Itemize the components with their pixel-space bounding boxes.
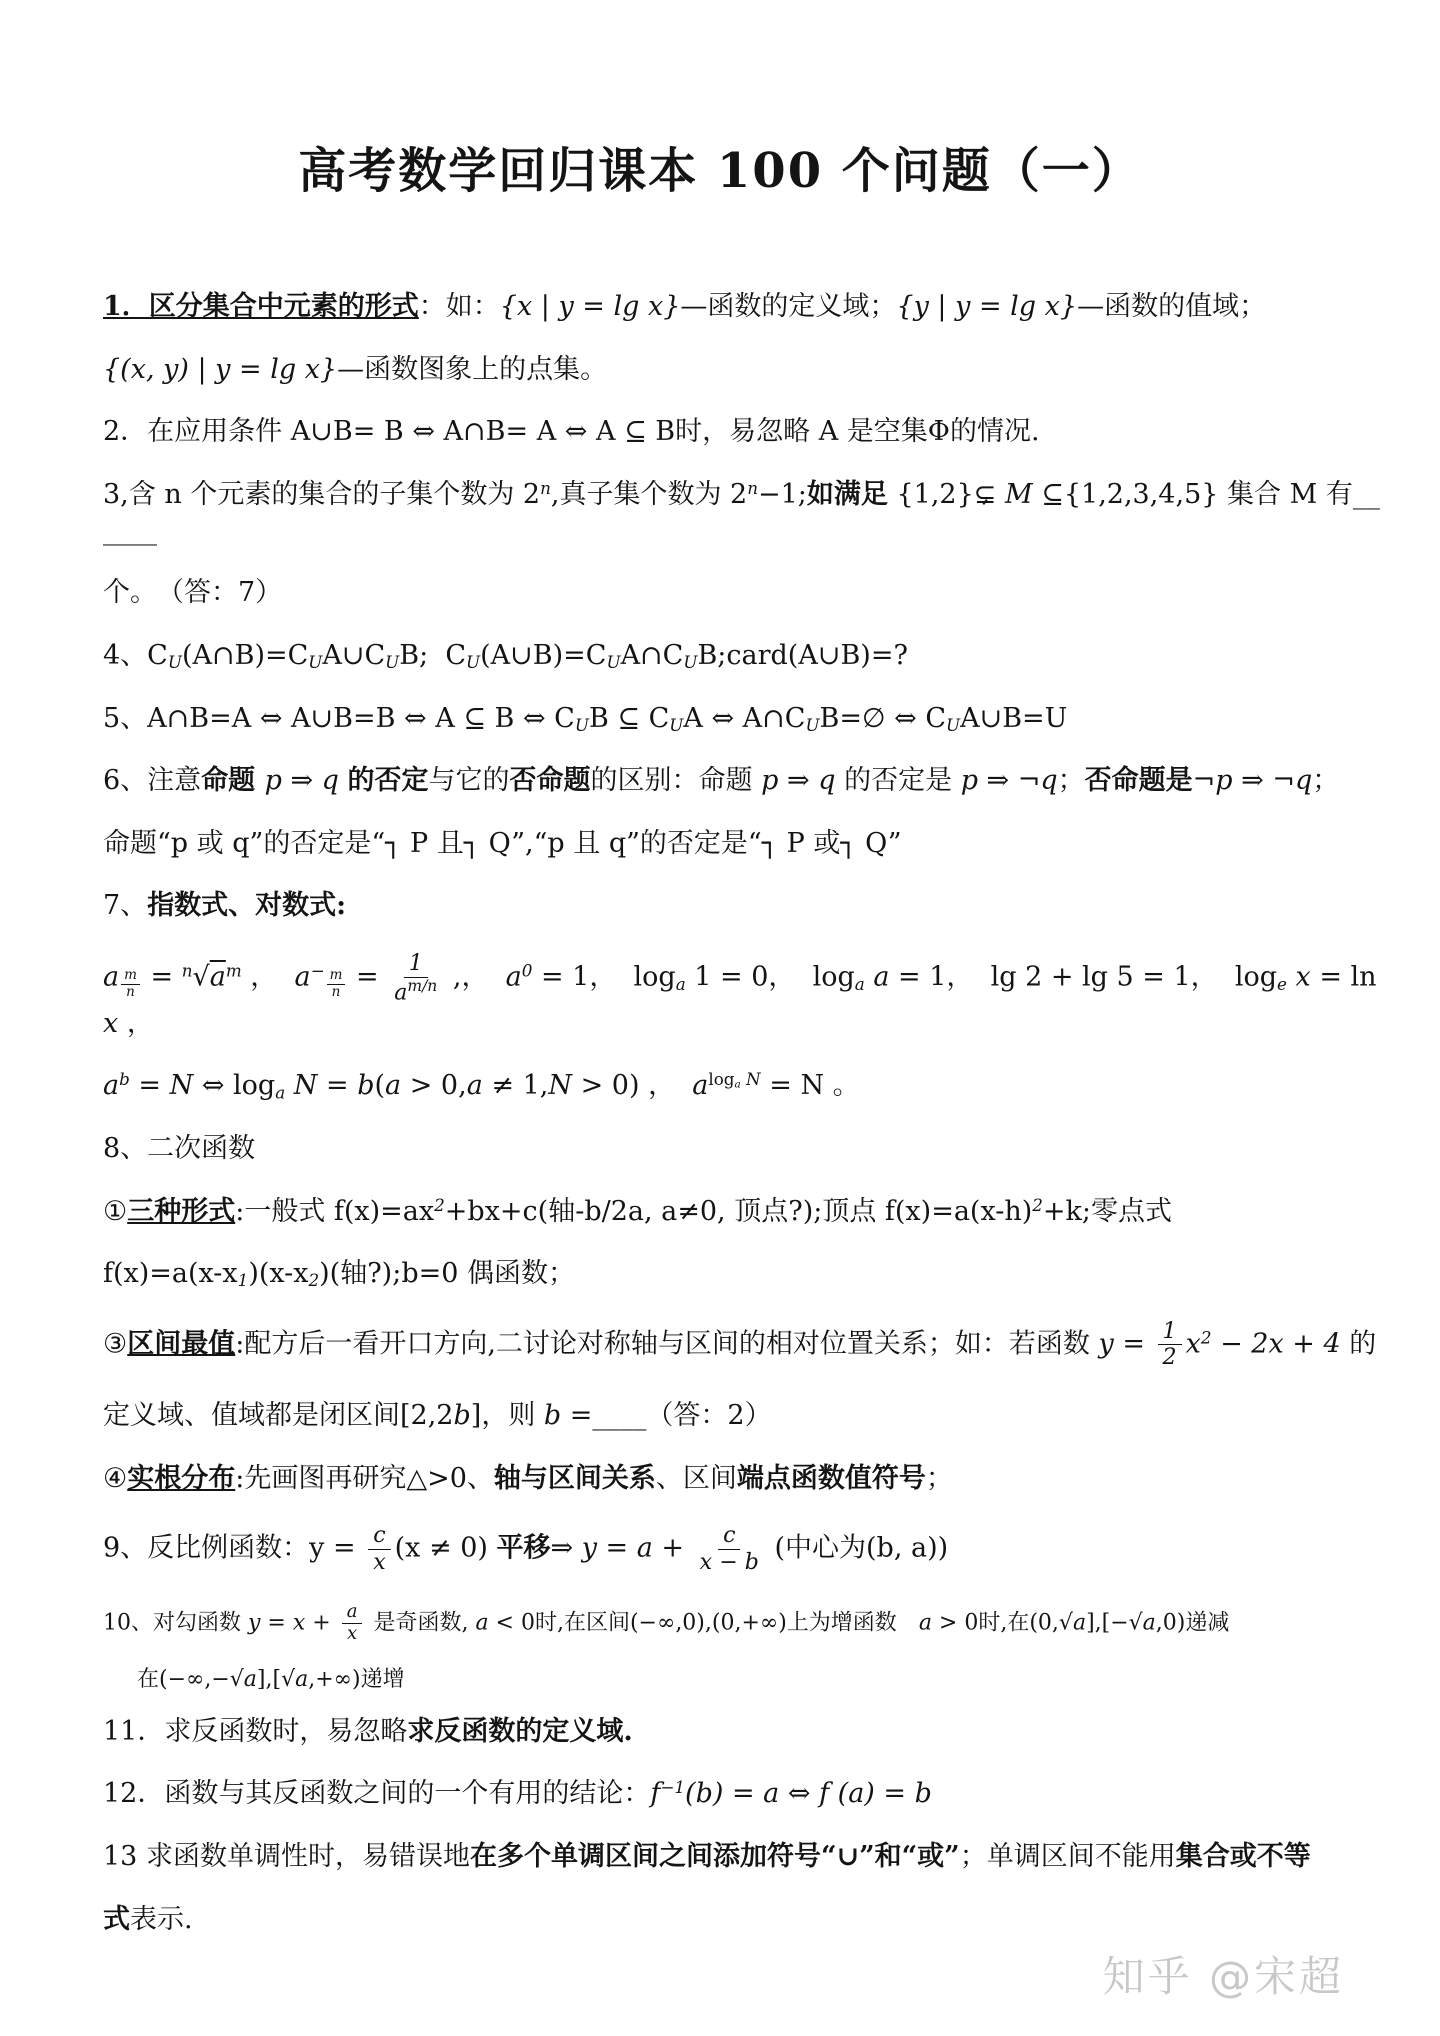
text-segment: {(x, y) | y = lg x} xyxy=(103,354,337,385)
text-segment: U xyxy=(385,652,399,672)
text-segment: 在多个单调区间之间添加符号“∪”和“或” xyxy=(470,1841,960,1872)
text-segment: 集合或不等 xyxy=(1176,1841,1311,1872)
text-segment: > 0, xyxy=(401,1070,467,1101)
text-segment: +bx+c(轴-b/2a, a≠0, 顶点?);顶点 f(x)=a(x-h) xyxy=(445,1196,1032,1227)
text-segment: 定义域、值域都是闭区间[2,2 xyxy=(103,1400,453,1431)
text-segment: n xyxy=(540,478,551,498)
text-segment: —函数的定义域； xyxy=(680,291,896,322)
text-segment: ],[ xyxy=(257,1667,281,1692)
fraction: cx − b xyxy=(697,1523,762,1575)
text-segment: :一般式 f(x)=ax xyxy=(235,1196,434,1227)
text-segment: (A∩B)=C xyxy=(182,640,308,671)
document-line: amn = n√am ， a−mn = 1am/n ,， a0 = 1， log… xyxy=(103,951,1382,1041)
text-segment: b xyxy=(453,1400,470,1431)
text-segment: b xyxy=(544,1400,561,1431)
text-segment: a xyxy=(855,974,865,994)
text-segment: 与它的 xyxy=(429,765,510,796)
document-line: 个。 （答：7） xyxy=(103,575,1382,611)
text-segment: x xyxy=(1287,962,1311,993)
text-segment: x xyxy=(103,1008,118,1039)
text-segment: < 0时,在区间(−∞,0),(0,+∞)上为增函数 xyxy=(489,1610,919,1635)
text-segment: 6、注意 xyxy=(103,765,201,796)
text-segment: +k;零点式 xyxy=(1043,1196,1172,1227)
text-segment: U xyxy=(669,715,683,735)
text-segment: y = x + xyxy=(248,1610,338,1635)
text-segment: ],[− xyxy=(1086,1610,1129,1635)
text-segment: a xyxy=(467,1070,483,1101)
text-segment: a xyxy=(506,962,522,993)
document-line: 在(−∞,−√a],[√a,+∞)递增 xyxy=(103,1665,1382,1694)
text-segment: M xyxy=(1005,479,1033,510)
watermark: 知乎 @宋超 xyxy=(1103,1944,1344,2004)
text-segment: ， xyxy=(242,962,295,993)
document-line: ④实根分布:先画图再研究△>0、轴与区间关系、区间端点函数值符号； xyxy=(103,1461,1382,1497)
text-segment: )(x-x xyxy=(248,1258,308,1289)
document-body: 1．区分集合中元素的形式：如：{x | y = lg x}—函数的定义域；{y … xyxy=(0,289,1440,1937)
text-segment: a xyxy=(103,962,119,993)
document-line: {(x, y) | y = lg x}—函数图象上的点集。 xyxy=(103,352,1382,388)
document-line: 9、反比例函数：y = cx(x ≠ 0) 平移⇒ y = a + cx − b… xyxy=(103,1523,1382,1575)
text-segment: a xyxy=(692,1070,708,1101)
text-segment: a xyxy=(294,962,310,993)
text-segment: f xyxy=(650,1778,660,1809)
text-segment: —函数图象上的点集。 xyxy=(337,354,607,385)
text-segment: U xyxy=(606,652,620,672)
document-line: 7、指数式、对数式: xyxy=(103,888,1382,924)
text-segment: ≠ 1, xyxy=(483,1070,549,1101)
text-segment: ⇒ xyxy=(550,1533,581,1564)
text-segment: ( xyxy=(374,1070,385,1101)
document-line: 6、注意命题 p ⇒ q 的否定与它的否命题的区别：命题 p ⇒ q 的否定是 … xyxy=(103,763,1382,799)
text-segment: 4、C xyxy=(103,640,168,671)
text-segment: 13 求函数单调性时，易错误地 xyxy=(103,1841,470,1872)
fraction: ax xyxy=(342,1602,363,1645)
text-segment: U xyxy=(575,715,589,735)
text-segment: 的 xyxy=(1341,1328,1377,1359)
text-segment: n xyxy=(182,961,193,981)
text-segment: f(x)=a(x-x xyxy=(103,1258,238,1289)
text-segment: 表示. xyxy=(130,1904,193,1935)
text-segment: 区间最值 xyxy=(127,1328,235,1359)
text-segment: √a xyxy=(230,1667,257,1692)
text-segment: U xyxy=(683,652,697,672)
text-segment: = N xyxy=(130,1070,193,1101)
text-segment: a xyxy=(275,1083,285,1103)
text-segment: 三种形式 xyxy=(127,1196,235,1227)
text-segment: ¬p ⇒ ¬q xyxy=(1193,765,1313,796)
document-line: 12．函数与其反函数之间的一个有用的结论：f−1(b) = a ⇔ f (a) … xyxy=(103,1776,1382,1812)
text-segment: ， xyxy=(118,1008,154,1039)
text-segment: a xyxy=(103,1070,119,1101)
text-segment: 否命题 xyxy=(510,765,591,796)
text-segment: 端点函数值符号 xyxy=(737,1463,926,1494)
text-segment: p ⇒ q xyxy=(265,765,348,796)
text-segment: 2．在应用条件 A∪B= B ⇔ A∩B= A ⇔ A ⊆ B时，易忽略 A 是… xyxy=(103,416,1040,447)
text-segment: √a xyxy=(1129,1610,1156,1635)
text-segment: ：如： xyxy=(419,291,500,322)
document-line: 10、对勾函数 y = x + ax 是奇函数, a < 0时,在区间(−∞,0… xyxy=(103,1602,1382,1645)
text-segment: U xyxy=(805,715,819,735)
text-segment: ； xyxy=(1312,765,1339,796)
text-segment: 7、 xyxy=(103,890,147,921)
document-line: 8、二次函数 xyxy=(103,1131,1382,1167)
text-segment: (中心为(b, a)) xyxy=(766,1533,948,1564)
text-segment: ,， xyxy=(444,962,505,993)
text-segment: x xyxy=(1186,1328,1201,1359)
text-segment: 3,含 n 个元素的集合的子集个数为 2 xyxy=(103,479,540,510)
text-segment: ① xyxy=(103,1196,127,1227)
text-segment: 如满足 xyxy=(807,479,888,510)
text-segment: 8、二次函数 xyxy=(103,1133,255,1164)
text-segment: y = xyxy=(1098,1328,1153,1359)
text-segment: n xyxy=(747,478,758,498)
text-segment: 在(−∞,− xyxy=(137,1667,230,1692)
superscript-group: loga N xyxy=(708,1069,760,1089)
document-line: 4、CU(A∩B)=CUA∪CUB; CU(A∪B)=CUA∩CUB;card(… xyxy=(103,638,1382,674)
text-segment: N xyxy=(741,1069,761,1089)
text-segment: B;card(A∪B)=? xyxy=(697,640,907,671)
document-line: 1．区分集合中元素的形式：如：{x | y = lg x}—函数的定义域；{y … xyxy=(103,289,1382,325)
text-segment: a xyxy=(210,962,226,993)
text-segment: 12．函数与其反函数之间的一个有用的结论： xyxy=(103,1778,650,1809)
text-segment: U xyxy=(466,652,480,672)
text-segment: p ⇒ ¬q xyxy=(961,765,1058,796)
text-segment: (x ≠ 0) xyxy=(395,1533,497,1564)
text-segment: √ xyxy=(193,962,210,993)
document-line: ab = N ⇔ loga N = b(a > 0,a ≠ 1,N > 0) ，… xyxy=(103,1068,1382,1104)
text-segment: 的否定是 xyxy=(844,765,961,796)
document-line: 3,含 n 个元素的集合的子集个数为 2n,真子集个数为 2n−1;如满足 {1… xyxy=(103,477,1382,548)
text-segment: B; C xyxy=(399,640,466,671)
text-segment: a xyxy=(865,962,890,993)
text-segment: 0 xyxy=(522,961,533,981)
document-line: 13 求函数单调性时，易错误地在多个单调区间之间添加符号“∪”和“或”；单调区间… xyxy=(103,1839,1382,1875)
text-segment: {x | y = lg x} xyxy=(500,291,681,322)
text-segment: U xyxy=(946,715,960,735)
text-segment: 2 xyxy=(1032,1195,1043,1215)
text-segment: − xyxy=(311,961,325,981)
text-segment: √a xyxy=(1059,1610,1086,1635)
text-segment: A ⇔ A∩C xyxy=(683,703,805,734)
document-line: 命题“p 或 q”的否定是“┐ P 且┐ Q”,“p 且 q”的否定是“┐ P … xyxy=(103,826,1382,862)
fraction: mn xyxy=(121,968,140,1000)
text-segment: ③ xyxy=(103,1328,127,1359)
text-segment: − 2x + 4 xyxy=(1212,1328,1341,1359)
text-segment: ⇔ xyxy=(779,1778,819,1809)
text-segment: 2 xyxy=(1201,1327,1212,1347)
text-segment: :配方后一看开口方向,二讨论对称轴与区间的相对位置关系；如：若函数 xyxy=(235,1328,1098,1359)
text-segment: ,+∞)递增 xyxy=(308,1667,404,1692)
text-segment: 的区别：命题 xyxy=(591,765,762,796)
text-segment: a xyxy=(676,974,686,994)
text-segment: 10、对勾函数 xyxy=(103,1610,248,1635)
text-segment: =____（答：2） xyxy=(561,1400,771,1431)
text-segment: 命题“p 或 q”的否定是“┐ P 且┐ Q”,“p 且 q”的否定是“┐ P … xyxy=(103,828,902,859)
text-segment: B ⊆ C xyxy=(589,703,669,734)
text-segment: (A∪B)=C xyxy=(480,640,606,671)
fraction: mn xyxy=(327,968,346,1000)
text-segment: 5、A∩B=A ⇔ A∪B=B ⇔ A ⊆ B ⇔ C xyxy=(103,703,575,734)
text-segment: ； xyxy=(926,1463,953,1494)
text-segment: B=∅ ⇔ C xyxy=(820,703,946,734)
document-line: 定义域、值域都是闭区间[2,2b]，则 b =____（答：2） xyxy=(103,1398,1382,1434)
document-page: 高考数学回归课本 100 个问题（一） 1．区分集合中元素的形式：如：{x | … xyxy=(0,0,1440,2036)
fraction: 1am/n xyxy=(391,951,440,1005)
text-segment: 命题 xyxy=(201,765,264,796)
text-segment: A∪B=U xyxy=(960,703,1067,734)
text-segment: = 1， log xyxy=(532,962,675,993)
text-segment: —函数的值域； xyxy=(1077,291,1266,322)
text-segment: 平移 xyxy=(496,1533,550,1564)
document-line: 11．求反函数时，易忽略求反函数的定义域. xyxy=(103,1714,1382,1750)
text-segment: ； xyxy=(1058,765,1085,796)
text-segment: A∪C xyxy=(322,640,385,671)
text-segment: ；单调区间不能用 xyxy=(960,1841,1176,1872)
text-segment: 实根分布 xyxy=(127,1463,235,1494)
text-segment: 、区间 xyxy=(656,1463,737,1494)
document-line: f(x)=a(x-x1)(x-x2)(轴?);b=0 偶函数； xyxy=(103,1256,1382,1292)
text-segment: e xyxy=(1277,974,1287,994)
text-segment: {1,2}⊊ xyxy=(888,479,1005,510)
text-segment: b xyxy=(119,1069,130,1089)
text-segment: a xyxy=(385,1070,401,1101)
text-segment: 1 = 0， log xyxy=(686,962,855,993)
text-segment: ,真子集个数为 2 xyxy=(551,479,747,510)
text-segment: = xyxy=(347,962,387,993)
text-segment: U xyxy=(308,652,322,672)
text-segment: 轴与区间关系 xyxy=(494,1463,656,1494)
document-line: 2．在应用条件 A∪B= B ⇔ A∩B= A ⇔ A ⊆ B时，易忽略 A 是… xyxy=(103,414,1382,450)
text-segment: 11．求反函数时，易忽略 xyxy=(103,1716,407,1747)
text-segment: p ⇒ q xyxy=(761,765,844,796)
text-segment: = ln xyxy=(1311,962,1385,993)
text-segment: 指数式、对数式: xyxy=(147,890,346,921)
text-segment: = 1， lg 2 + lg 5 = 1， log xyxy=(889,962,1277,993)
text-segment: 否命题是 xyxy=(1085,765,1193,796)
text-segment: √a xyxy=(281,1667,308,1692)
text-segment: 式 xyxy=(103,1904,130,1935)
document-line: 式表示. xyxy=(103,1902,1382,1938)
text-segment: N = b xyxy=(285,1070,374,1101)
document-line: ③区间最值:配方后一看开口方向,二讨论对称轴与区间的相对位置关系；如：若函数 y… xyxy=(103,1319,1382,1371)
text-segment: f (a) = b xyxy=(819,1778,932,1809)
text-segment: ④ xyxy=(103,1463,127,1494)
text-segment: 求反函数的定义域. xyxy=(407,1716,632,1747)
text-segment: = N 。 xyxy=(761,1070,860,1101)
text-segment: (b) = a xyxy=(685,1778,779,1809)
text-segment: 是奇函数, xyxy=(366,1610,475,1635)
text-segment: 1 xyxy=(238,1271,249,1291)
text-segment: 9、反比例函数：y = xyxy=(103,1533,364,1564)
text-segment: 的否定 xyxy=(348,765,429,796)
text-segment: ]，则 xyxy=(471,1400,544,1431)
page-title: 高考数学回归课本 100 个问题（一） xyxy=(0,132,1440,201)
text-segment: log xyxy=(708,1069,734,1089)
text-segment: :先画图再研究△>0、 xyxy=(235,1463,494,1494)
text-segment: y = a + xyxy=(582,1533,693,1564)
text-segment: a xyxy=(475,1610,488,1635)
text-segment: m xyxy=(226,961,242,981)
text-segment: {y | y = lg x} xyxy=(896,291,1077,322)
text-segment: −1; xyxy=(758,479,807,510)
text-segment: > 0) ， xyxy=(572,1070,692,1101)
text-segment: = xyxy=(142,962,182,993)
document-line: ①三种形式:一般式 f(x)=ax2+bx+c(轴-b/2a, a≠0, 顶点?… xyxy=(103,1194,1382,1230)
text-segment: > 0时,在(0, xyxy=(932,1610,1059,1635)
text-segment: N xyxy=(548,1070,572,1101)
text-segment: 2 xyxy=(308,1271,319,1291)
document-line: 5、A∩B=A ⇔ A∪B=B ⇔ A ⊆ B ⇔ CUB ⊆ CUA ⇔ A∩… xyxy=(103,701,1382,737)
text-segment: a xyxy=(919,1610,932,1635)
text-segment: 2 xyxy=(434,1195,445,1215)
text-segment: ⇔ log xyxy=(193,1070,275,1101)
text-segment: A∩C xyxy=(621,640,684,671)
text-segment: −1 xyxy=(660,1777,685,1797)
text-segment: ,0)递减 xyxy=(1156,1610,1230,1635)
fraction: 12 xyxy=(1158,1319,1182,1371)
text-segment: 1．区分集合中元素的形式 xyxy=(103,291,419,322)
text-segment: )(轴?);b=0 偶函数； xyxy=(319,1258,575,1289)
text-segment: 个。 （答：7） xyxy=(103,577,282,608)
text-segment: U xyxy=(168,652,182,672)
fraction: cx xyxy=(368,1523,390,1575)
